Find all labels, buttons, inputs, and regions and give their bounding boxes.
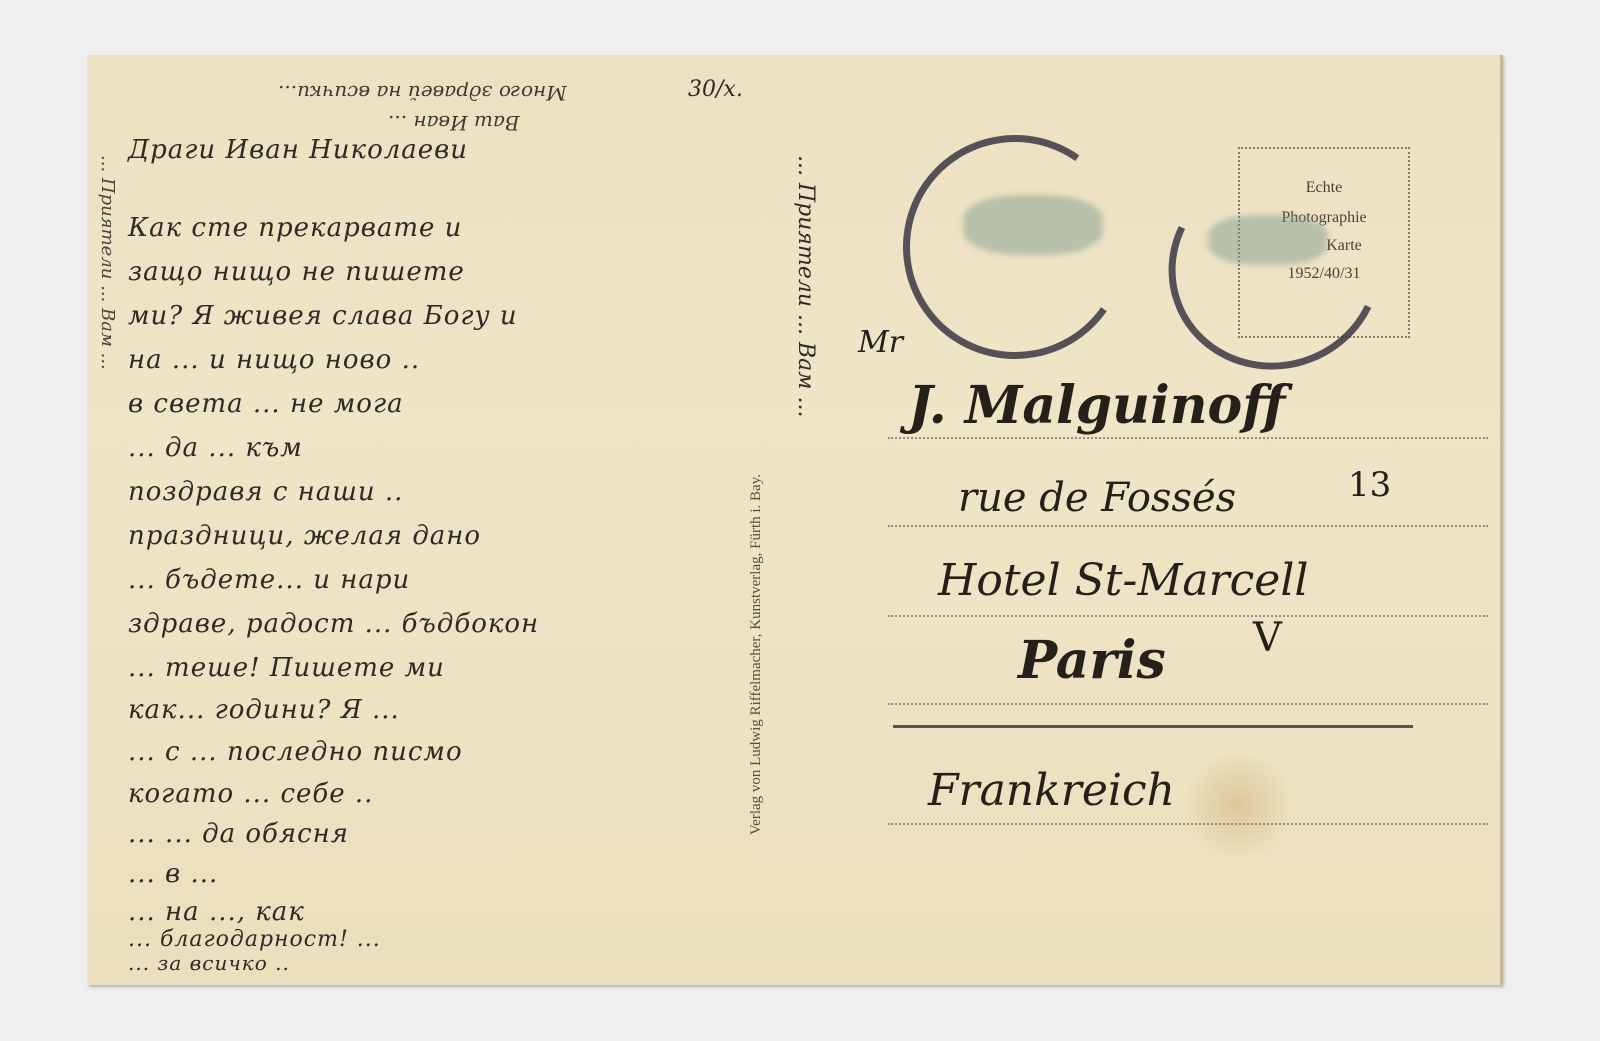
message-line: как... години? Я ... (128, 695, 400, 725)
message-line: когато ... себе .. (128, 779, 373, 809)
address-street: rue de Fossés (958, 475, 1236, 521)
divider-vertical-writing: ... Приятели ... Вам ... (793, 155, 818, 418)
address-city: Paris (1018, 630, 1166, 691)
ink-smudge (963, 195, 1103, 255)
address-solid-line (893, 725, 1413, 728)
message-line: ми? Я живея слава Богу и (128, 301, 518, 331)
address-dotted-line (888, 615, 1488, 617)
message-line: праздници, желая дано (128, 521, 481, 551)
message-date: 30/x. (688, 77, 743, 102)
message-line: Драги Иван Николаеви (128, 135, 468, 165)
margin-vertical-writing: ... Приятели ... Вам ... (97, 155, 118, 370)
message-line: ... бъдете... и нари (128, 565, 410, 595)
message-line: поздравя с наши .. (128, 477, 403, 507)
address-dotted-line (888, 437, 1488, 439)
publisher-imprint: Verlag von Ludwig Riffelmacher, Kunstver… (748, 474, 765, 835)
message-line: ... ... да обясня (128, 819, 349, 849)
message-line: защо нищо не пишете (128, 257, 465, 287)
message-line: здраве, радост ... бъдбокон (128, 609, 539, 639)
message-line: ... за всичко .. (128, 951, 290, 975)
address-name: J. Malguinoff (908, 375, 1285, 436)
address-hotel: Hotel St-Marcell (938, 555, 1308, 606)
address-country: Frankreich (928, 765, 1175, 816)
message-line: Как сте прекарвате и (128, 213, 462, 243)
ink-smudge (1208, 215, 1328, 265)
message-line: ... да ... към (128, 433, 303, 463)
message-upside-down-line: Ваш Иван ... (388, 111, 520, 135)
address-district: V (1253, 615, 1282, 661)
address-dotted-line (888, 525, 1488, 527)
stain (1178, 755, 1298, 855)
message-upside-down-line: Много здравей на всички... (278, 81, 567, 105)
message-line: ... в ... (128, 859, 218, 889)
message-line: в света ... не мога (128, 389, 404, 419)
address-dotted-line (888, 703, 1488, 705)
message-line: на ... и нищо ново .. (128, 345, 420, 375)
address-number: 13 (1348, 465, 1391, 505)
message-line: ... теше! Пишете ми (128, 653, 445, 683)
message-line: ... на ..., как (128, 897, 305, 927)
message-line: ... с ... последно писмо (128, 737, 463, 767)
message-line: ... благодарност! ... (128, 927, 381, 952)
address-salutation: Mr (858, 325, 903, 360)
postcard-back: Много здравей на всички... Ваш Иван ... … (88, 55, 1503, 985)
